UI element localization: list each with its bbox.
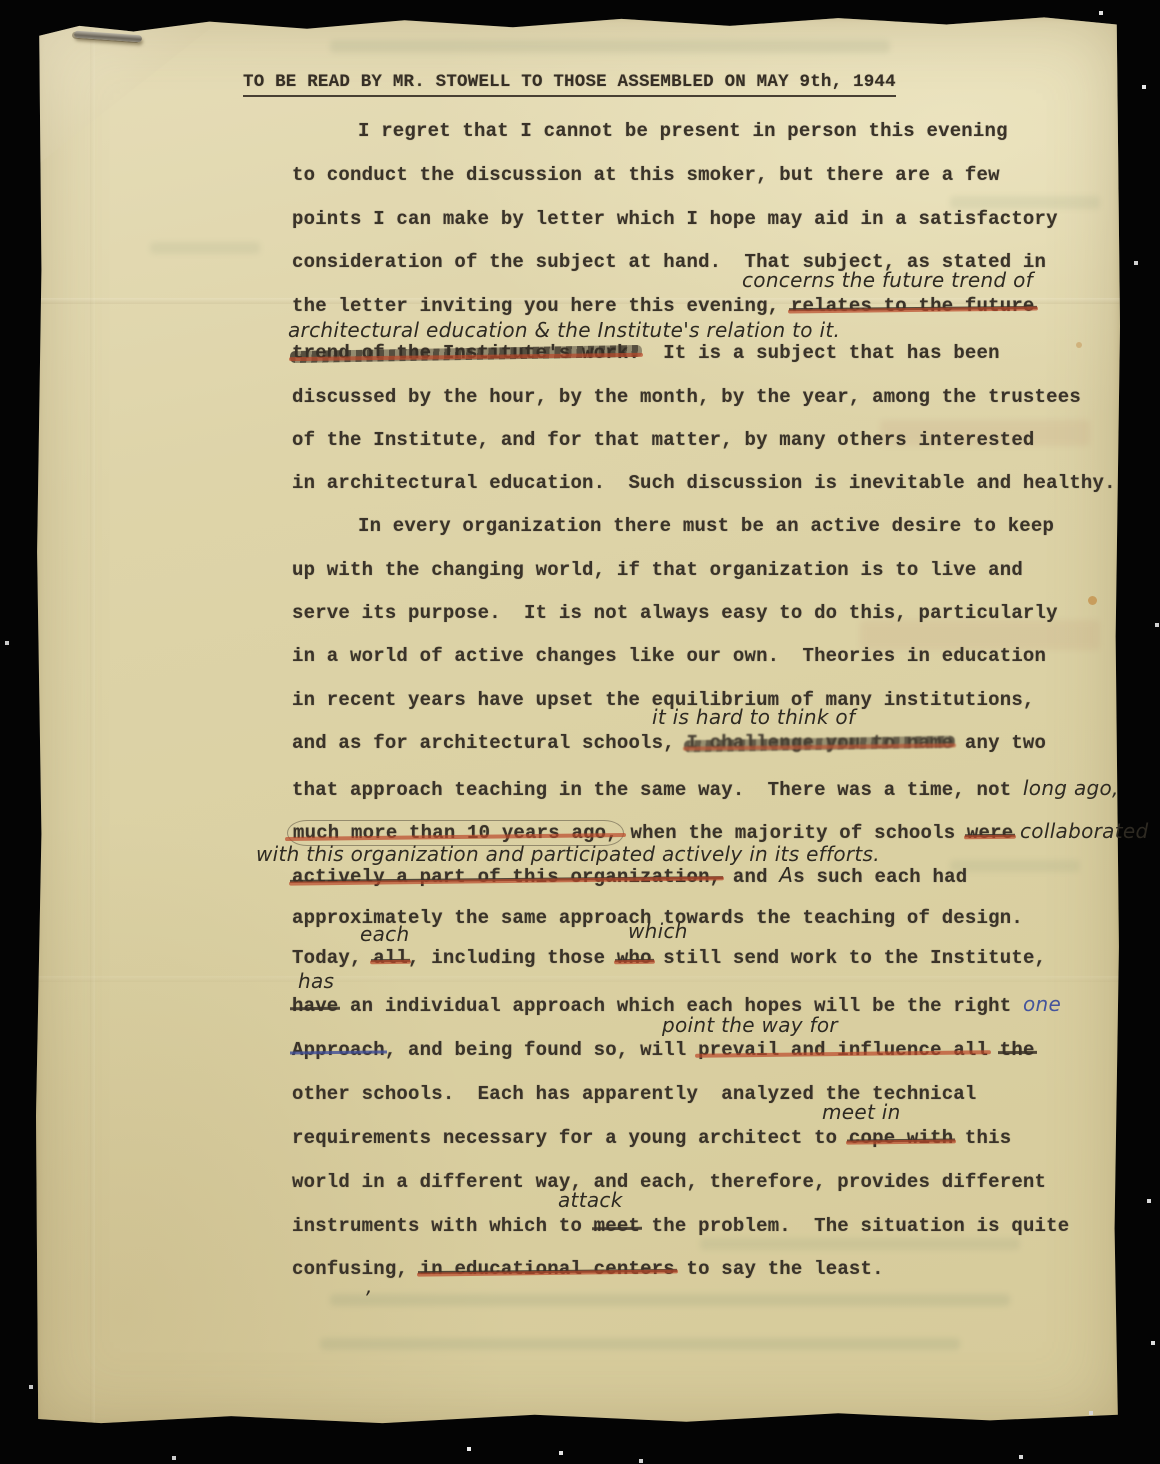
typed-text: It is a subject that has been: [640, 342, 1000, 364]
handwritten-annotation: ,: [366, 1274, 373, 1299]
text-line: serve its purpose. It is not always easy…: [292, 602, 1058, 624]
struck-text-red: in educational centers: [420, 1258, 675, 1280]
text-line: the letter inviting you here this evenin…: [292, 295, 1035, 317]
handwritten-text: meet in: [822, 1100, 901, 1124]
text-line: up with the changing world, if that orga…: [292, 559, 1023, 581]
handwritten-text: concerns the future trend of: [742, 268, 1033, 292]
text-line: trend of the Institute's work. It is a s…: [292, 342, 1000, 364]
handwritten-text: architectural education & the Institute'…: [288, 318, 840, 342]
handwritten-annotation: each: [360, 922, 409, 947]
document-title: TO BE READ BY MR. STOWELL TO THOSE ASSEM…: [243, 72, 896, 97]
scan-dust-specks: [0, 0, 2, 2]
text-line: much more than 10 years ago, when the ma…: [292, 819, 1148, 844]
bleedthrough-smudge: [320, 1338, 960, 1350]
struck-text-blue: Approach: [292, 1039, 385, 1061]
typed-text: I regret that I cannot be present in per…: [358, 120, 1008, 142]
struck-text: meet: [594, 1215, 640, 1237]
text-line: points I can make by letter which I hope…: [292, 208, 1058, 230]
paper-crease: [90, 16, 95, 1426]
handwritten-text: attack: [558, 1188, 623, 1212]
typed-text: to say the least.: [675, 1258, 884, 1280]
handwritten-text: point the way for: [662, 1013, 838, 1037]
typed-text: the problem. The situation is quite: [640, 1215, 1069, 1237]
bleedthrough-smudge: [700, 1238, 1020, 1250]
stain-spot: [1088, 596, 1097, 605]
handwritten-text: which: [628, 919, 688, 943]
text-line: instruments with which to meet the probl…: [292, 1215, 1069, 1237]
text-line: In every organization there must be an a…: [358, 515, 1054, 537]
typed-text: points I can make by letter which I hope…: [292, 208, 1058, 230]
handwritten-text: each: [360, 922, 409, 946]
handwritten-annotation: point the way for: [662, 1013, 838, 1038]
handwritten-text: ,: [366, 1274, 373, 1298]
typed-text: Today,: [292, 947, 373, 969]
typed-text: [988, 1039, 1000, 1061]
handwritten-annotation: has: [298, 969, 334, 994]
typed-text: to conduct the discussion at this smoker…: [292, 164, 1000, 186]
bleedthrough-smudge: [150, 242, 260, 254]
text-line: Approach, and being found so, will preva…: [292, 1039, 1035, 1061]
typed-text: in a world of active changes like our ow…: [292, 645, 1046, 667]
typed-text: instruments with which to: [292, 1215, 594, 1237]
typed-text: and as for architectural schools,: [292, 732, 686, 754]
text-line: discussed by the hour, by the month, by …: [292, 386, 1081, 408]
typed-text: this: [953, 1127, 1011, 1149]
typed-text: serve its purpose. It is not always easy…: [292, 602, 1058, 624]
struck-text-red: prevail and influence all: [698, 1039, 988, 1061]
struck-text-red: cope with: [849, 1127, 953, 1149]
typed-text: the letter inviting you here this evenin…: [292, 295, 791, 317]
handwritten-annotation: attack: [558, 1188, 623, 1213]
text-line: Today, all, including those who still se…: [292, 947, 1046, 969]
typed-text: In every organization there must be an a…: [358, 515, 1054, 537]
typed-text: , including those: [408, 947, 617, 969]
struck-text-red: all: [373, 947, 408, 969]
paper-crease: [36, 976, 1120, 982]
bleedthrough-smudge: [950, 860, 1080, 872]
handwritten-text: has: [298, 969, 334, 993]
handwritten-annotation: meet in: [822, 1100, 901, 1125]
scribbled-out-text: I challenge you to name: [686, 732, 953, 754]
struck-text: the: [1000, 1039, 1035, 1061]
text-line: and as for architectural schools, I chal…: [292, 732, 1046, 754]
typed-text: in architectural education. Such discuss…: [292, 472, 1116, 494]
typed-text: [408, 1258, 420, 1280]
struck-text-red: relates to the future: [791, 295, 1035, 317]
bleedthrough-smudge: [330, 1294, 1010, 1306]
struck-text-red: actively a part of this organization,: [292, 866, 721, 888]
typed-text: still send work to the Institute,: [652, 947, 1046, 969]
text-line: to conduct the discussion at this smoker…: [292, 164, 1000, 186]
struck-text: have: [292, 995, 338, 1017]
typed-text: any two: [953, 732, 1046, 754]
typed-text: when the majority of schools: [619, 822, 967, 844]
handwritten-annotation: it is hard to think of: [652, 705, 855, 730]
handwritten-text: collaborated: [1013, 819, 1148, 843]
typed-text: s such each had: [793, 866, 967, 888]
typed-text: and: [721, 866, 779, 888]
typed-text: up with the changing world, if that orga…: [292, 559, 1023, 581]
text-line: in architectural education. Such discuss…: [292, 472, 1116, 494]
typed-text: confusing,: [292, 1258, 408, 1280]
text-line: of the Institute, and for that matter, b…: [292, 429, 1035, 451]
typed-text: discussed by the hour, by the month, by …: [292, 386, 1081, 408]
typed-text: requirements necessary for a young archi…: [292, 1127, 849, 1149]
typed-text: , and being found so, will: [385, 1039, 698, 1061]
scribbled-out-text: trend of the Institute's work.: [292, 342, 640, 364]
handwritten-annotation: architectural education & the Institute'…: [288, 318, 840, 343]
text-line: confusing, in educational centers to say…: [292, 1258, 884, 1280]
typed-text: of the Institute, and for that matter, b…: [292, 429, 1035, 451]
text-line: world in a different way, and each, ther…: [292, 1171, 1046, 1193]
handwritten-text: long ago,: [1023, 776, 1119, 800]
handwritten-text-blue: one: [1023, 992, 1061, 1016]
handwritten-annotation: concerns the future trend of: [742, 268, 1033, 293]
struck-text-red: were: [967, 822, 1013, 844]
handwritten-text: A: [779, 863, 793, 887]
text-line: that approach teaching in the same way. …: [292, 776, 1119, 801]
handwritten-text: it is hard to think of: [652, 705, 855, 729]
text-line: I regret that I cannot be present in per…: [358, 120, 1008, 142]
typed-text: that approach teaching in the same way. …: [292, 779, 1023, 801]
text-line: requirements necessary for a young archi…: [292, 1127, 1011, 1149]
handwritten-annotation: which: [628, 919, 688, 944]
bleedthrough-smudge: [330, 40, 890, 53]
text-line: actively a part of this organization, an…: [292, 863, 967, 888]
stain-spot: [1076, 342, 1082, 348]
typed-text: world in a different way, and each, ther…: [292, 1171, 1046, 1193]
text-line: in a world of active changes like our ow…: [292, 645, 1046, 667]
scanned-document-page: TO BE READ BY MR. STOWELL TO THOSE ASSEM…: [0, 0, 1160, 1464]
struck-text-red: who: [617, 947, 652, 969]
